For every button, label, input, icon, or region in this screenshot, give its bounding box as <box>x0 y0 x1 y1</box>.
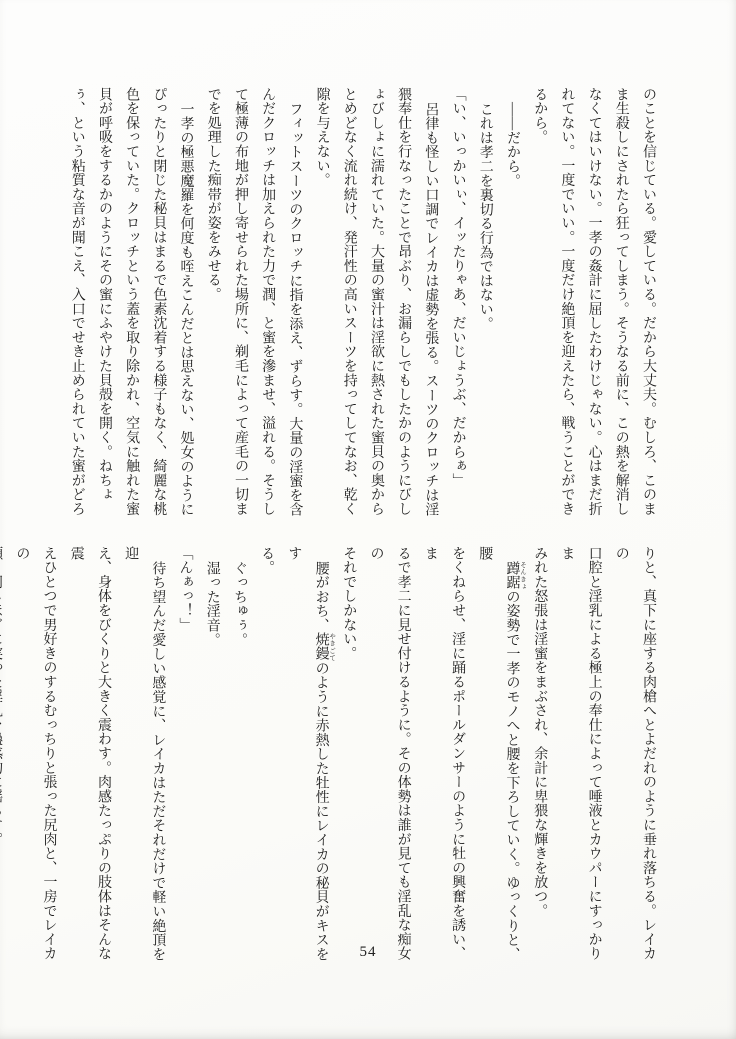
page-number: 54 <box>0 944 736 961</box>
text-line: え、身体をびくりと大きく震わす。肉感たっぷりの肢体はそんな震 <box>63 546 117 974</box>
text-line: 一孝の極悪魔羅を何度も咥えこんだとは思えない、処女のように <box>172 87 199 521</box>
text-line: んだクロッチは加えられた力で潤、と蜜を滲ませ、溢れる。そうし <box>254 87 281 521</box>
text-line: 待ち望んだ愛しい感覚に、レイカはただそれだけで軽い絶頂を迎 <box>117 546 171 974</box>
text-line: 頭と同じほどに実った淫乳を蠱惑的に揺らす。 <box>0 546 8 974</box>
text-line: フィットスーツのクロッチに指を添え、ずらす。大量の淫蜜を含 <box>281 87 308 521</box>
text-line: 腰がおち、焼鏝やきごてのように赤熱した牡性にレイカの秘貝がキスをす <box>280 546 335 974</box>
text-line: りと、真下に座する肉槍へとよだれのように垂れ落ちる。レイカの <box>608 546 662 974</box>
text-line: それでしかない。 <box>335 546 362 974</box>
text-line: る。 <box>253 546 280 974</box>
text-line: 貝が呼吸をするかのようにその蜜にふやけた貝殻を開く。ねちょ <box>91 87 118 521</box>
text-line: て極薄の布地が押し寄せられた場所に、剃毛によって産毛の一切ま <box>227 87 254 521</box>
text-line: ぐっちゅぅ。 <box>226 546 253 974</box>
text-line: ――だから。 <box>499 87 526 521</box>
text-line: をくねらせ、淫に踊るポールダンサーのように牡の興奮を誘い、ま <box>417 546 471 974</box>
text-line: のことを信じている。愛している。だから大丈夫。むしろ、このま <box>635 87 662 521</box>
text-line: ぴったりと閉じた秘貝はまるで色素沈着する様子もなく、綺麗な桃 <box>145 87 172 521</box>
text-line: 蹲踞そんきょの姿勢で一孝のモノへと腰を下ろしていく。ゆっくりと、腰 <box>471 546 526 974</box>
text-line: えひとつで男好きのするむっちりと張った尻肉と、一房でレイカの <box>8 546 62 974</box>
ruby-annotation: 焼鏝やきごて <box>314 632 329 661</box>
text-line: ま生殺しにされたら狂ってしまう。そうなる前に、この熱を解消し <box>608 87 635 521</box>
text-line: これは孝二を裏切る行為ではない。 <box>472 87 499 521</box>
text-line: るで孝二に見せ付けるように。その体勢は誰が見ても淫乱な痴女の <box>362 546 416 974</box>
text-line: ぅ、という粘質な音が聞こえ、入口でせき止められていた蜜がどろ <box>64 87 91 521</box>
text-line: みれた怒張は淫蜜をまぶされ、余計に卑猥な輝きを放つ。 <box>526 546 553 974</box>
text-line: 色を保っていた。クロッチという蓋を取り除かれ、空気に触れた蜜 <box>118 87 145 521</box>
novel-page: のことを信じている。愛している。だから大丈夫。むしろ、このまま生殺しにされたら狂… <box>0 0 736 1039</box>
top-text-block: のことを信じている。愛している。だから大丈夫。むしろ、このまま生殺しにされたら狂… <box>64 87 662 521</box>
text-line: でを処理した痴帯が姿をみせる。 <box>200 87 227 521</box>
bottom-text-block: りと、真下に座する肉槍へとよだれのように垂れ落ちる。レイカの口腔と淫乳による極上… <box>0 546 662 974</box>
text-line: ょびしょに濡れていた。大量の蜜汁は淫欲に熱された蜜貝の奥から <box>363 87 390 521</box>
text-line: 「い、いっかいぃ、イッたりゃあ、だいじょうぶ、だからぁ」 <box>444 87 471 521</box>
text-line: 「んぁっ！」 <box>171 546 198 974</box>
ruby-annotation: 蹲踞そんきょ <box>504 561 519 590</box>
text-line: 猥奉仕を行なったことで昂ぶり、お漏らしでもしたかのようにびし <box>390 87 417 521</box>
text-line: れてない。一度でいい。一度だけ絶頂を迎えたら、戦うことができ <box>553 87 580 521</box>
text-line: 口腔と淫乳による極上の奉仕によって唾液とカウパーにすっかりま <box>553 546 607 974</box>
text-line: 湿った淫音。 <box>199 546 226 974</box>
text-line: とめどなく流れ続け、発汗性の高いスーツを持ってしてなお、乾く <box>336 87 363 521</box>
text-line: るから。 <box>526 87 553 521</box>
text-line: 隙を与えない。 <box>308 87 335 521</box>
text-line: なくてはいけない。一孝の姦計に屈したわけじゃない。心はまだ折 <box>580 87 607 521</box>
text-line: 呂律も怪しい口調でレイカは虚勢を張る。スーツのクロッチは淫 <box>417 87 444 521</box>
